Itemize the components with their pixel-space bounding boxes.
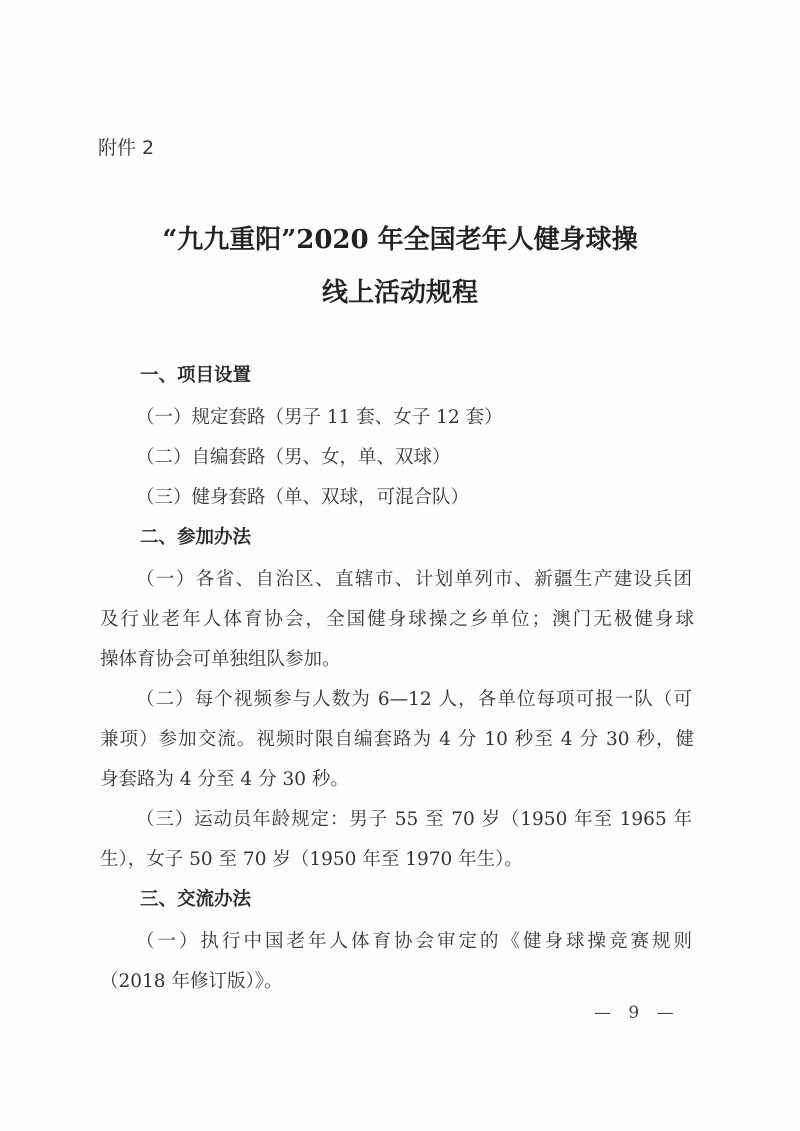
section-heading-3: 三、交流办法 <box>140 885 740 911</box>
section-2-para-1-line-3: 操体育协会可单独组队参加。 <box>100 645 700 671</box>
section-3-para-1-line-2: （2018 年修订版）》。 <box>100 967 700 993</box>
section-3-para-1-line-1: （一）执行中国老年人体育协会审定的《健身球操竞赛规则 <box>136 927 692 953</box>
section-2-para-1-line-2: 及行业老年人体育协会，全国健身球操之乡单位；澳门无极健身球 <box>100 605 694 631</box>
document-page: 附件 2 “九九重阳”2020 年全国老年人健身球操 线上活动规程 一、项目设置… <box>0 0 800 1131</box>
section-2-para-2-line-3: 身套路为 4 分至 4 分 30 秒。 <box>100 765 700 791</box>
section-1-item-2: （二）自编套路（男、女，单、双球） <box>136 443 736 469</box>
section-1-item-3: （三）健身套路（单、双球，可混合队） <box>136 483 736 509</box>
attachment-label: 附件 2 <box>98 133 154 160</box>
section-2-para-3-line-1: （三）运动员年龄规定：男子 55 至 70 岁（1950 年至 1965 年 <box>136 805 692 831</box>
section-2-para-3-line-2: 生），女子 50 至 70 岁（1950 年至 1970 年生）。 <box>100 845 700 871</box>
section-heading-2: 二、参加办法 <box>140 523 740 549</box>
section-heading-1: 一、项目设置 <box>140 361 740 387</box>
section-1-item-1: （一）规定套路（男子 11 套、女子 12 套） <box>136 403 736 429</box>
section-2-para-2-line-2: 兼项）参加交流。视频时限自编套路为 4 分 10 秒至 4 分 30 秒，健 <box>100 725 694 751</box>
document-title-line-1: “九九重阳”2020 年全国老年人健身球操 <box>0 219 800 256</box>
section-2-para-1-line-1: （一）各省、自治区、直辖市、计划单列市、新疆生产建设兵团 <box>136 565 692 591</box>
section-2-para-2-line-1: （二）每个视频参与人数为 6—12 人，各单位每项可报一队（可 <box>136 685 692 711</box>
page-number: — 9 — <box>594 1003 680 1023</box>
document-title-line-2: 线上活动规程 <box>0 272 800 309</box>
